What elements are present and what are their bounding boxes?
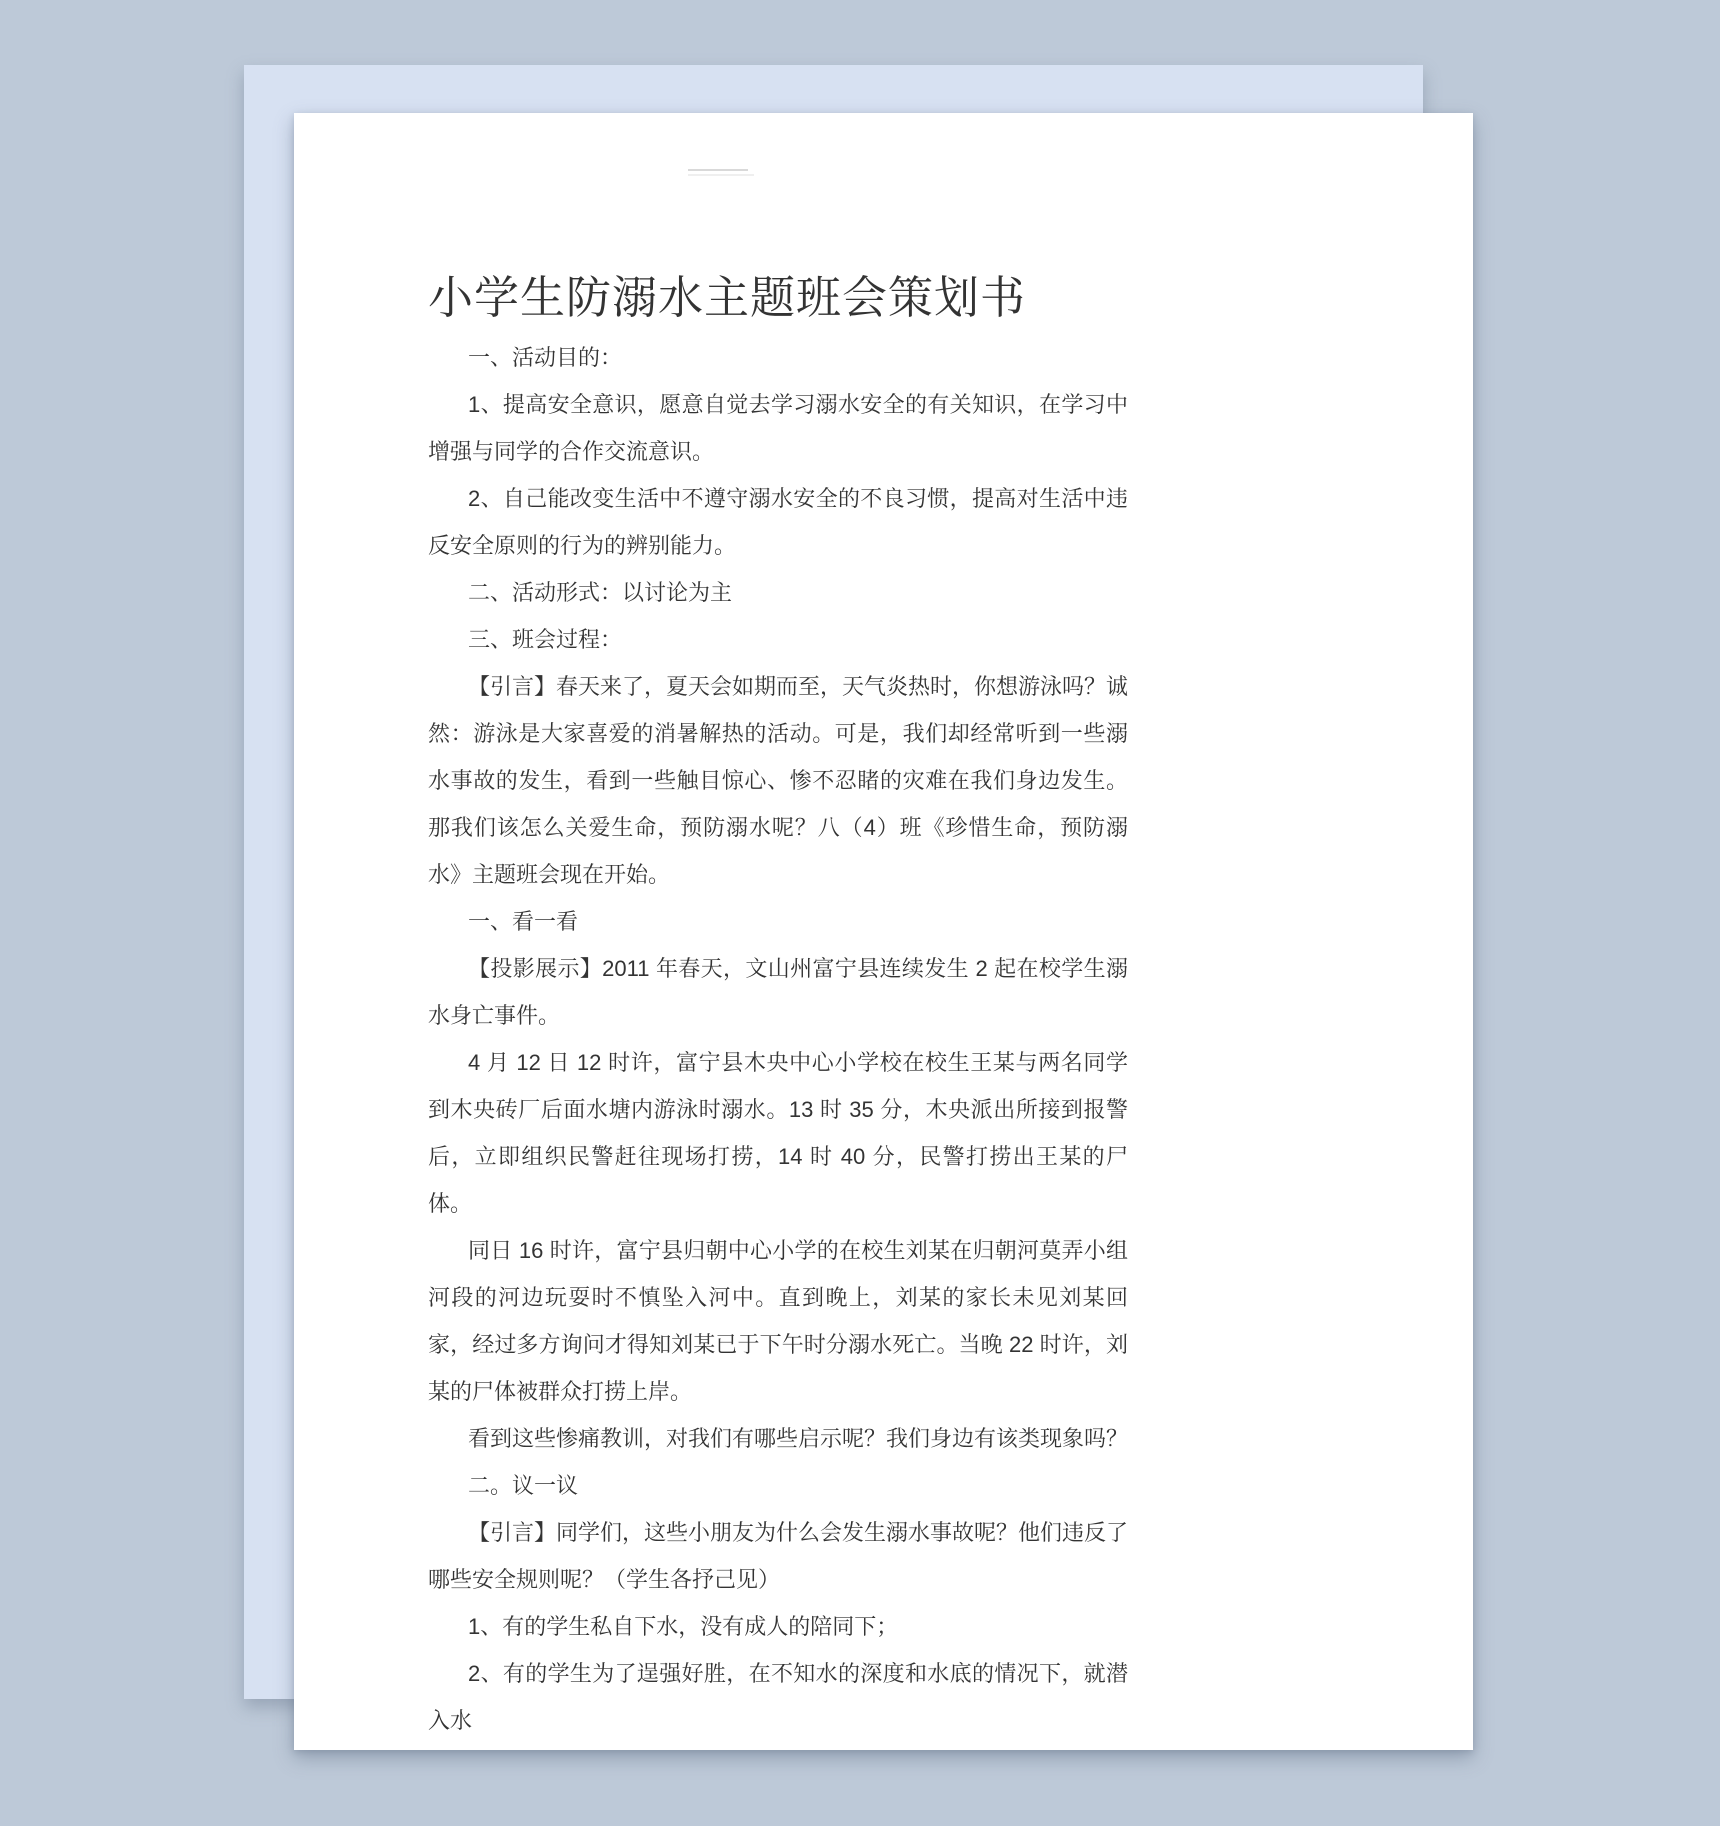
paragraph-reason-1: 1、有的学生私自下水，没有成人的陪同下； [428,1603,1128,1650]
paragraph-meeting-process-heading: 三、班会过程： [428,616,1128,663]
watermark-line [688,169,748,171]
paragraph-discuss-heading: 二。议一议 [428,1462,1128,1509]
paragraph-introduction: 【引言】春天来了，夏天会如期而至，天气炎热时，你想游泳吗？诚然：游泳是大家喜爱的… [428,663,1128,898]
paragraph-discuss-introduction: 【引言】同学们，这些小朋友为什么会发生溺水事故呢？他们违反了哪些安全规则呢？（学… [428,1509,1128,1603]
paragraph-incident-1: 4 月 12 日 12 时许，富宁县木央中心小学校在校生王某与两名同学到木央砖厂… [428,1039,1128,1227]
document-page: 小学生防溺水主题班会策划书 一、活动目的： 1、提高安全意识，愿意自觉去学习溺水… [294,113,1473,1750]
paragraph-activity-form-heading: 二、活动形式：以讨论为主 [428,569,1128,616]
paragraph-reason-2: 2、有的学生为了逞强好胜，在不知水的深度和水底的情况下，就潜入水 [428,1650,1128,1744]
paragraph-goal-1: 1、提高安全意识，愿意自觉去学习溺水安全的有关知识，在学习中增强与同学的合作交流… [428,381,1128,475]
document-title: 小学生防溺水主题班会策划书 [428,271,1128,325]
paragraph-goal-2: 2、自己能改变生活中不遵守溺水安全的不良习惯，提高对生活中违反安全原则的行为的辨… [428,475,1128,569]
document-body: 小学生防溺水主题班会策划书 一、活动目的： 1、提高安全意识，愿意自觉去学习溺水… [428,271,1128,1744]
paragraph-incident-2: 同日 16 时许，富宁县归朝中心小学的在校生刘某在归朝河莫弄小组河段的河边玩耍时… [428,1227,1128,1415]
paragraph-lessons-question: 看到这些惨痛教训，对我们有哪些启示呢？我们身边有该类现象吗？ [428,1415,1128,1462]
paragraph-activity-goal-heading: 一、活动目的： [428,334,1128,381]
paragraph-look-heading: 一、看一看 [428,898,1128,945]
watermark-line [688,174,754,176]
desk-background: 小学生防溺水主题班会策划书 一、活动目的： 1、提高安全意识，愿意自觉去学习溺水… [0,0,1720,1826]
paragraph-projection-display: 【投影展示】2011 年春天，文山州富宁县连续发生 2 起在校学生溺水身亡事件。 [428,945,1128,1039]
